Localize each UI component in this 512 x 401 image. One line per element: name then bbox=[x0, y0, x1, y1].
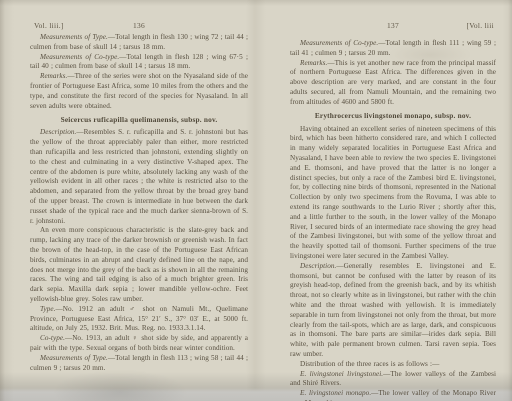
paragraph-description-2: Description.—Generally resembles E. livi… bbox=[290, 262, 496, 360]
paragraph-cotype-specimen: Co-type.—No. 1913, an adult ♀ shot side … bbox=[30, 334, 248, 354]
paragraph-remarks: Remarks.—Three of the series were shot o… bbox=[30, 72, 248, 111]
paragraph-measurements-cotype-2: Measurements of Co-type.—Total length in… bbox=[290, 39, 496, 59]
left-page-text-block: Measurements of Type.—Total length in fl… bbox=[30, 33, 248, 373]
paragraph-series-review: Having obtained an excellent series of n… bbox=[290, 125, 496, 262]
species-heading-erythrocercus: Erythrocercus livingstonei monapo, subsp… bbox=[290, 111, 496, 121]
paragraph-description: Description.—Resembles S. r. ruficapilla… bbox=[30, 128, 248, 226]
paragraph-characteristics: An even more conspicuous characteristic … bbox=[30, 226, 248, 304]
scanned-book-spread: Vol. liii.] 136 Measurements of Type.—To… bbox=[0, 0, 512, 401]
paragraph-measurements-type-2: Measurements of Type.—Total length in fl… bbox=[30, 354, 248, 374]
paragraph-remarks-2: Remarks.—This is yet another new race fr… bbox=[290, 59, 496, 108]
paragraph-type-specimen: Type.—No. 1912 an adult ♂ shot on Namuli… bbox=[30, 305, 248, 334]
paragraph-distribution-monapo: E. livingstonei monapo.—The lower valley… bbox=[290, 389, 496, 401]
left-page-number: 136 bbox=[30, 21, 248, 30]
paragraph-distribution-intro: Distribution of the three races is as fo… bbox=[290, 360, 496, 370]
paragraph-measurements-cotype: Measurements of Co-type.—Total length in… bbox=[30, 53, 248, 73]
volume-label-right: [Vol. liii bbox=[466, 21, 494, 30]
paragraph-measurements-type: Measurements of Type.—Total length in fl… bbox=[30, 33, 248, 53]
right-page-running-header: 137 [Vol. liii bbox=[290, 21, 496, 35]
right-page-number: 137 bbox=[290, 21, 496, 30]
paragraph-distribution-nominate: E. livingstonei livingstonei.—The lower … bbox=[290, 370, 496, 390]
species-heading-seicercus: Seicercus ruficapilla quelimanensis, sub… bbox=[30, 115, 248, 125]
right-page-text-block: Measurements of Co-type.—Total length in… bbox=[290, 39, 496, 401]
